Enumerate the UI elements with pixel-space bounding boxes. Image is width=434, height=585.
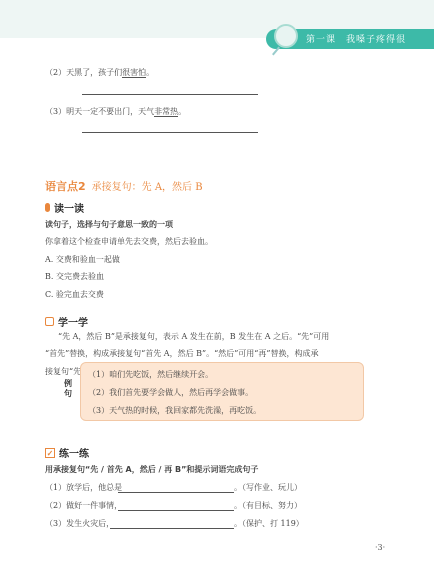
practice-instruction: 用承接复句“先 / 首先 A，然后 / 再 B”和提示词语完成句子 (45, 464, 258, 475)
answer-blank[interactable] (110, 528, 234, 529)
practice-hint: 。（保护、打 119） (234, 518, 304, 529)
microphone-icon (45, 203, 50, 212)
grammar-point-heading: 语言点2承接复句：先 A，然后 B (45, 178, 203, 194)
answer-blank[interactable] (118, 510, 234, 511)
option-b[interactable]: B. 交完费去验血 (45, 271, 104, 282)
practice-section-title: ✓ 练一练 (45, 445, 89, 460)
example-item: （2）我们首先要学会做人，然后再学会做事。 (88, 387, 253, 398)
book-icon (45, 317, 54, 326)
read-instruction: 读句子，选择与句子意思一致的一项 (45, 219, 173, 230)
learn-section-title: 学一学 (45, 314, 88, 329)
practice-hint: 。（有目标、努力） (234, 500, 302, 511)
example-label: 例句 (64, 378, 74, 398)
read-sentence: 你拿着这个检查申请单先去交费，然后去验血。 (45, 236, 213, 247)
answer-blank[interactable] (118, 492, 234, 493)
answer-line[interactable] (82, 94, 258, 95)
practice-item-3: （3）发生火灾后， (45, 518, 114, 529)
magnifier-handle (272, 47, 280, 56)
answer-line[interactable] (82, 132, 258, 133)
option-c[interactable]: C. 验完血去交费 (45, 289, 104, 300)
lesson-tab: 第一课 我嗓子疼得很 (266, 29, 434, 49)
prev-exercise-2: （2）天黑了，孩子们很害怕。 (45, 67, 154, 78)
practice-hint: 。（写作业、玩儿） (234, 482, 302, 493)
example-item: （1）咱们先吃饭，然后继续开会。 (88, 369, 213, 380)
learn-paragraph-line: “先 A，然后 B”是承接复句，表示 A 发生在前，B 发生在 A 之后。“先”… (58, 331, 329, 342)
lesson-title: 第一课 我嗓子疼得很 (306, 32, 406, 45)
read-section-title: 读一读 (45, 200, 84, 215)
checkbox-icon: ✓ (45, 448, 55, 458)
learn-paragraph-line: “首先”替换，构成承接复句“首先 A，然后 B”。“然后”可用“再”替换，构成承 (45, 348, 318, 359)
page-number: ·3· (375, 543, 385, 552)
magnifier-icon (274, 24, 298, 48)
option-a[interactable]: A. 交费和验血一起做 (45, 254, 120, 265)
practice-item-2: （2）做好一件事情， (45, 500, 122, 511)
practice-item-1: （1）放学后，他总是 (45, 482, 122, 493)
example-item: （3）天气热的时候，我回家都先洗澡，再吃饭。 (88, 405, 261, 416)
prev-exercise-3: （3）明天一定不要出门，天气非常热。 (45, 106, 186, 117)
